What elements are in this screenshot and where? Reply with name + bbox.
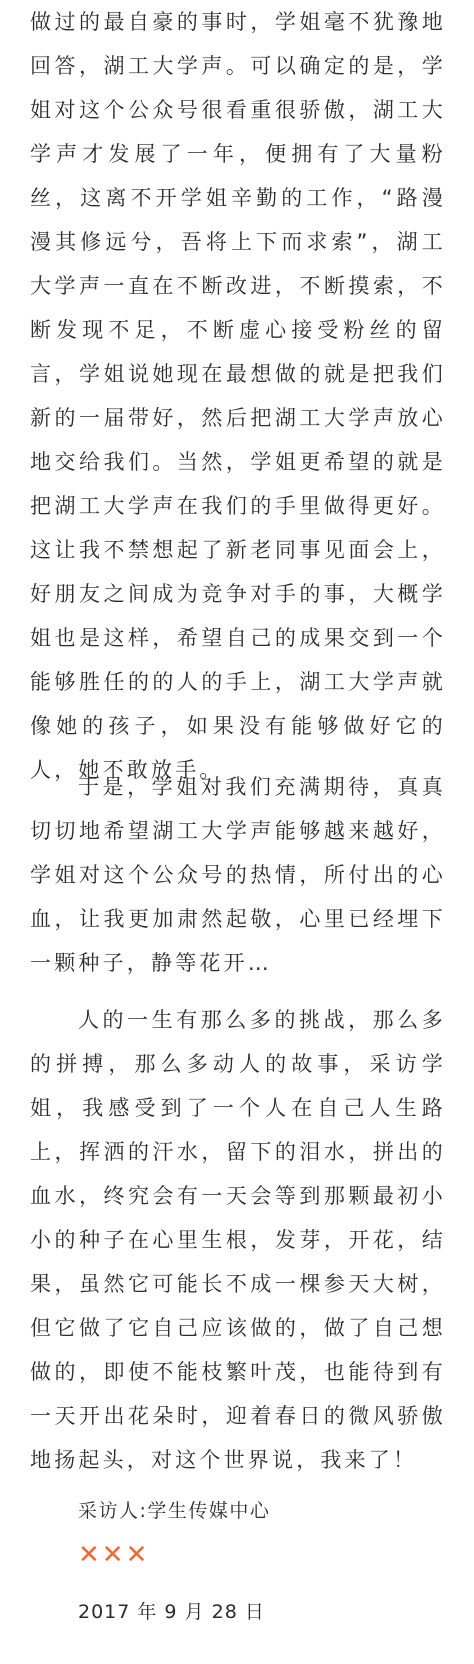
paragraph-1: 做过的最自豪的事时，学姐毫不犹豫地回答，湖工大学声。可以确定的是，学姐对这个公众… [30, 0, 446, 792]
paragraph-3: 人的一生有那么多的挑战，那么多的拼搏，那么多动人的故事，采访学姐，我感受到了一个… [30, 998, 446, 1482]
name-placeholder-marks: ✕✕✕ [78, 1540, 149, 1570]
interviewer-credit: 采访人:学生传媒中心 [78, 1496, 270, 1523]
paragraph-2: 于是，学姐对我们充满期待，真真切切地希望湖工大学声能够越来越好，学姐对这个公众号… [30, 765, 446, 985]
article-date: 2017 年 9 月 28 日 [78, 1597, 265, 1624]
